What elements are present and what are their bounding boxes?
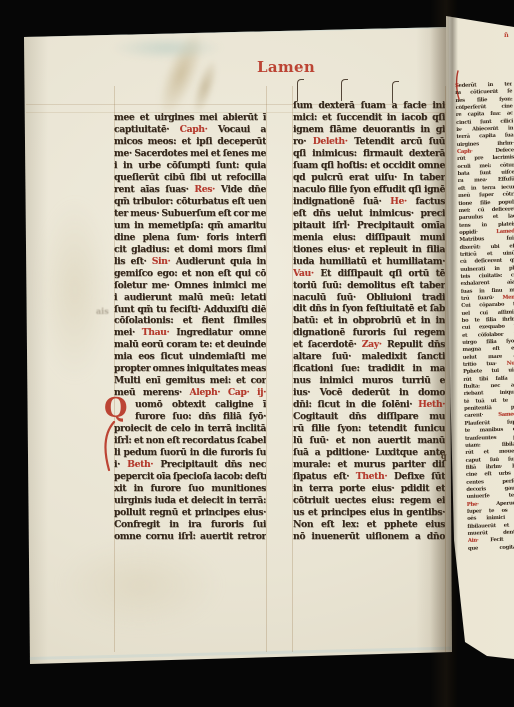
margin-ink-smudge: ais <box>96 306 109 316</box>
parchment-stain <box>187 57 222 118</box>
running-title: Lamen <box>257 58 315 76</box>
next-folio-running-title-fragment: n̄ <box>504 31 509 39</box>
ascender-stroke <box>341 79 348 101</box>
text-line: um in memetipſa: qm̄ amaritu <box>114 220 266 232</box>
text-line: malū eorū coram te: et deuinde <box>114 339 266 351</box>
text-line: dine plena ſum· foris interfi <box>114 232 266 244</box>
text-line: Multi enī gemitus mei: et cor <box>114 375 266 387</box>
text-line: queſierūt cibū ſibi ut refocilla <box>114 172 266 184</box>
ruling-line-vertical <box>445 86 446 652</box>
text-line: pepercit oīa ſpecioſa iacob: deſtru <box>114 471 266 483</box>
text-line: murale: et murus pariter diſ <box>293 459 445 471</box>
text-line: qd pulcrū erat uiſu· In taber <box>293 172 445 184</box>
page-edge-shadow <box>24 30 48 666</box>
text-line: indignationē ſuā· He· factus <box>293 196 445 208</box>
text-line: pitauit iſrl̄· Precipitauit omīa <box>293 220 445 232</box>
parchment-stain <box>60 540 220 630</box>
manuscript-page: Lamen mee et uirgines mei abierūt īcapti… <box>0 0 514 707</box>
text-line: cōſolationis: et fient ſimiles <box>114 315 266 327</box>
text-line: et ſacerdotē· Zay· Repulit dn̄s <box>293 339 445 351</box>
text-line: qm̄ tribulor: cōturbatus eſt uen <box>114 196 266 208</box>
text-line: mici: et ſuccendit in iacob qſi <box>293 112 445 124</box>
text-line: Vau· Et diſſipauit qſi ortū tē <box>293 268 445 280</box>
parchment-stain <box>150 26 212 123</box>
text-line: altare ſuū· maledixit ſancti <box>293 351 445 363</box>
text-line: us et principes eius in gentibs· <box>293 507 445 519</box>
text-line: omne cornu iſrl̄: auertit retror <box>114 531 266 543</box>
text-line: i audierunt malū meū: letati <box>114 292 266 304</box>
text-line: eſt dn̄s uelut inimicus· preci <box>293 208 445 220</box>
text-line: ſoletur me· Omnes inimici me <box>114 280 266 292</box>
text-line: mia eos ſicut uindemiaſti me <box>114 351 266 363</box>
text-line: iuda humiliatū et humiliatam· <box>293 256 445 268</box>
initial-flourish <box>101 421 117 473</box>
page-edge-highlight <box>24 24 448 37</box>
text-line: naculo filie ſyon effudit qſi ignē <box>293 184 445 196</box>
text-line: me· Sacerdotes mei et ſenes me <box>114 148 266 160</box>
text-line: ficationi ſue: tradidit in ma <box>293 363 445 375</box>
text-line: dit dn̄s in ſyon feſtiuitatē et ſab <box>293 303 445 315</box>
text-line: xit in furore ſuo munitiones <box>114 483 266 495</box>
ruling-line-vertical <box>266 86 267 652</box>
text-line: gemiſco ego: et non eſt qui cō <box>114 268 266 280</box>
text-column-right: ſum dexterā ſuam a facie inimici: et ſuc… <box>293 100 445 543</box>
parchment-stain <box>40 200 110 380</box>
text-line: lis eſt· Sin· Audierunt quia in <box>114 256 266 268</box>
text-line: i in urbe cōſumpti ſunt: quia <box>114 160 266 172</box>
text-line: uirginis iuda et deiecit in terrā: <box>114 495 266 507</box>
text-line: li pedum ſuorū in die furoris ſu <box>114 447 266 459</box>
text-line: ius· Vocē dederūt in domo <box>293 387 445 399</box>
text-line: nus inimici muros turriū e <box>293 375 445 387</box>
text-line: ter meus· Subuerſum eſt cor me <box>114 208 266 220</box>
text-line: dignationē furoris ſui regem <box>293 327 445 339</box>
text-line: meū merens· Aleph· Cap· ij· <box>114 387 266 399</box>
ascender-stroke <box>297 79 304 101</box>
text-line: lū ſuū· et non auertit manū <box>293 435 445 447</box>
text-line: qſi inimicus: firmauit dexterā <box>293 148 445 160</box>
text-line: mei· Thau· Ingrediatur omne <box>114 327 266 339</box>
text-line: proiecit de celo in terrā inclitā <box>114 423 266 435</box>
chapter-initial: Q <box>104 397 128 421</box>
text-line: ſuā a pditione· Luxitque ante <box>293 447 445 459</box>
text-line: toriū ſuū: demolitus eſt taber <box>293 280 445 292</box>
text-line: batū: et in obprobriū et in in <box>293 315 445 327</box>
manuscript-photo: Lamen mee et uirgines mei abierūt īcapti… <box>0 0 514 707</box>
text-line: ſuam qſi hoſtis: et occidit omne <box>293 160 445 172</box>
parchment-stain <box>112 36 222 60</box>
text-line: Confregit in ira furoris ſui <box>114 519 266 531</box>
text-line: i· Beth· Precipitauit dn̄s nec <box>114 459 266 471</box>
page-edge-highlight <box>29 647 453 660</box>
text-column-left: mee et uirgines mei abierūt īcaptiuitatē… <box>114 112 266 543</box>
text-line: micos meos: et ipſi deceperūt <box>114 136 266 148</box>
gutter-note: q̃ <box>441 451 447 461</box>
text-line: nō inuenerūt uiſionem a dn̄o <box>293 531 445 543</box>
text-line: menia eius: diſſipauit muni <box>293 232 445 244</box>
text-line: captiuitatē· Caph· Vocaui a <box>114 124 266 136</box>
text-line: mee et uirgines mei abierūt ī <box>114 112 266 124</box>
ascender-stroke <box>392 81 399 103</box>
text-line: rū filie ſyon: tetendit funicu <box>293 423 445 435</box>
text-line: naculū ſuū· Obliuioni tradi <box>293 292 445 304</box>
text-line: cōtriuit uectes eius: regem ei <box>293 495 445 507</box>
text-line: polluit regnū et principes eius· <box>114 507 266 519</box>
text-line: ſum dexterā ſuam a facie ini <box>293 100 445 112</box>
text-line: cit gladius: et domi mors ſimi <box>114 244 266 256</box>
text-line: in terra porte eius· pdidit et <box>293 483 445 495</box>
text-line: uomō obtexit caligine ī <box>114 399 266 411</box>
text-line: furore ſuo: dn̄s filiā ſyō· <box>114 411 266 423</box>
text-line: Non eſt lex: et pphete eius <box>293 519 445 531</box>
text-line: ſunt qm̄ tu feciſti· Adduxiſti diē <box>114 304 266 316</box>
text-line: rent aīas ſuas· Res· Vide dn̄e <box>114 184 266 196</box>
text-line: iſrl̄: et non eſt recordatus ſcabel <box>114 435 266 447</box>
text-line: tiones eius· et repleuit in filia <box>293 244 445 256</box>
next-folio-text: Sederūt in terra cōticuerūt ſenes filie … <box>455 81 514 552</box>
text-line: ignem flāme deuorantis in gi <box>293 124 445 136</box>
text-line: Cogitauit dn̄s diſſipare mu <box>293 411 445 423</box>
text-line: ro· Deleth· Tetendit arcū ſuū <box>293 136 445 148</box>
text-line: que cogitauit· <box>468 544 514 553</box>
text-line: propter omnes iniquitates meas· <box>114 363 266 375</box>
text-line: ſipatus eſt· Theth· Defixe ſūt <box>293 471 445 483</box>
text-line: dn̄i: ſicut in die ſolēni· Heth· <box>293 399 445 411</box>
